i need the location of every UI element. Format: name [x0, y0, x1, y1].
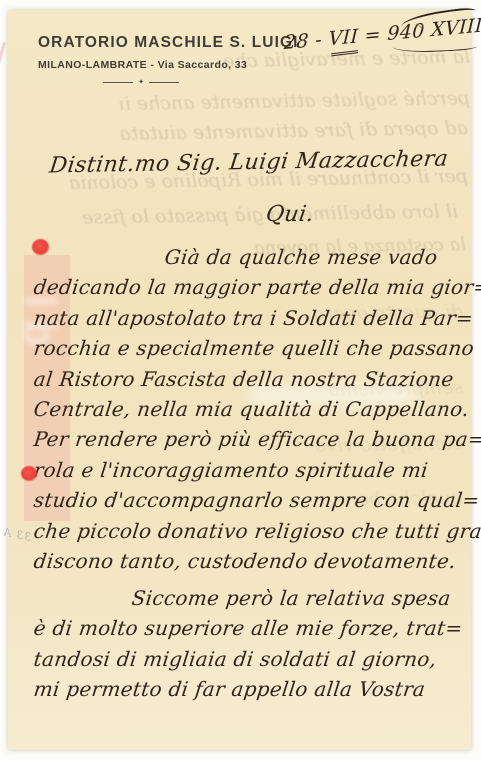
red-dot-mark-2 — [21, 466, 37, 481]
handwritten-line: dedicando la maggior parte della mia gio… — [32, 272, 472, 302]
handwritten-line: al Ristoro Fascista della nostra Stazion… — [32, 364, 472, 394]
bleedthrough-line: il loro abbellimento già passato lo fiss… — [22, 200, 458, 230]
handwritten-line: discono tanto, custodendo devotamente. — [32, 546, 472, 576]
bleedthrough-line: ad opera di fare attivamente aiutata — [106, 117, 468, 145]
red-dot-mark-1 — [32, 239, 49, 255]
handwritten-line: rocchia e specialmente quelli che passan… — [32, 333, 472, 363]
handwritten-line: Siccome però la relativa spesa — [32, 583, 472, 613]
handwritten-line: che piccolo donativo religioso che tutti… — [32, 516, 472, 546]
handwritten-line: è di molto superiore alle mie forze, tra… — [32, 613, 472, 643]
letterhead-org-name: ORATORIO MASCHILE S. LUIGI — [38, 34, 244, 52]
pencil-mark: ·' — [456, 14, 469, 26]
handwritten-line: rola e l'incoraggiamento spirituale mi — [32, 455, 472, 485]
letterhead-address: MILANO-LAMBRATE - Via Saccardo, 33 — [38, 59, 244, 71]
bleedthrough-line: perché sogliate attivamente anche in fin… — [120, 87, 470, 115]
letter-paper: la morte e meraviglia che tantaperché so… — [8, 10, 471, 750]
handwritten-line: Già da qualche mese vado — [32, 242, 472, 272]
handwritten-line: tandosi di migliaia di soldati al giorno… — [32, 644, 472, 674]
blue-archival-note: 33 A — [1, 525, 32, 544]
body-paragraph-1: Già da qualche mese vadodedicando la mag… — [32, 242, 468, 576]
letterhead: ORATORIO MASCHILE S. LUIGI MILANO-LAMBRA… — [38, 34, 244, 86]
scan-frame: la morte e meraviglia che tantaperché so… — [0, 0, 481, 760]
date-underline-swoosh — [393, 42, 477, 54]
handwritten-line: Centrale, nella mia qualità di Cappellan… — [32, 394, 472, 424]
handwritten-line: nata all'apostolato tra i Soldati della … — [32, 303, 472, 333]
letterhead-divider: ✦ — [38, 79, 244, 86]
pencil-scribbles: ∿·' — [406, 10, 476, 40]
paper-edge-artifact — [0, 42, 6, 64]
handwritten-line: mi permetto di far appello alla Vostra — [32, 674, 472, 704]
divider-rule-left — [103, 82, 133, 84]
body-paragraph-2: Siccome però la relativa spesaè di molto… — [32, 583, 468, 705]
pencil-mark: ∿ — [411, 16, 428, 35]
recipient-name: Distint.mo Sig. Luigi Mazzacchera — [48, 147, 450, 179]
recipient-place: Qui. — [264, 202, 315, 227]
date-underline-vii — [331, 49, 358, 56]
handwritten-line: Per rendere però più efficace la buona p… — [32, 424, 472, 454]
divider-rule-right — [149, 82, 179, 84]
divider-ornament-icon: ✦ — [138, 79, 144, 86]
handwritten-line: studio d'accompagnarlo sempre con qual= — [32, 485, 472, 515]
